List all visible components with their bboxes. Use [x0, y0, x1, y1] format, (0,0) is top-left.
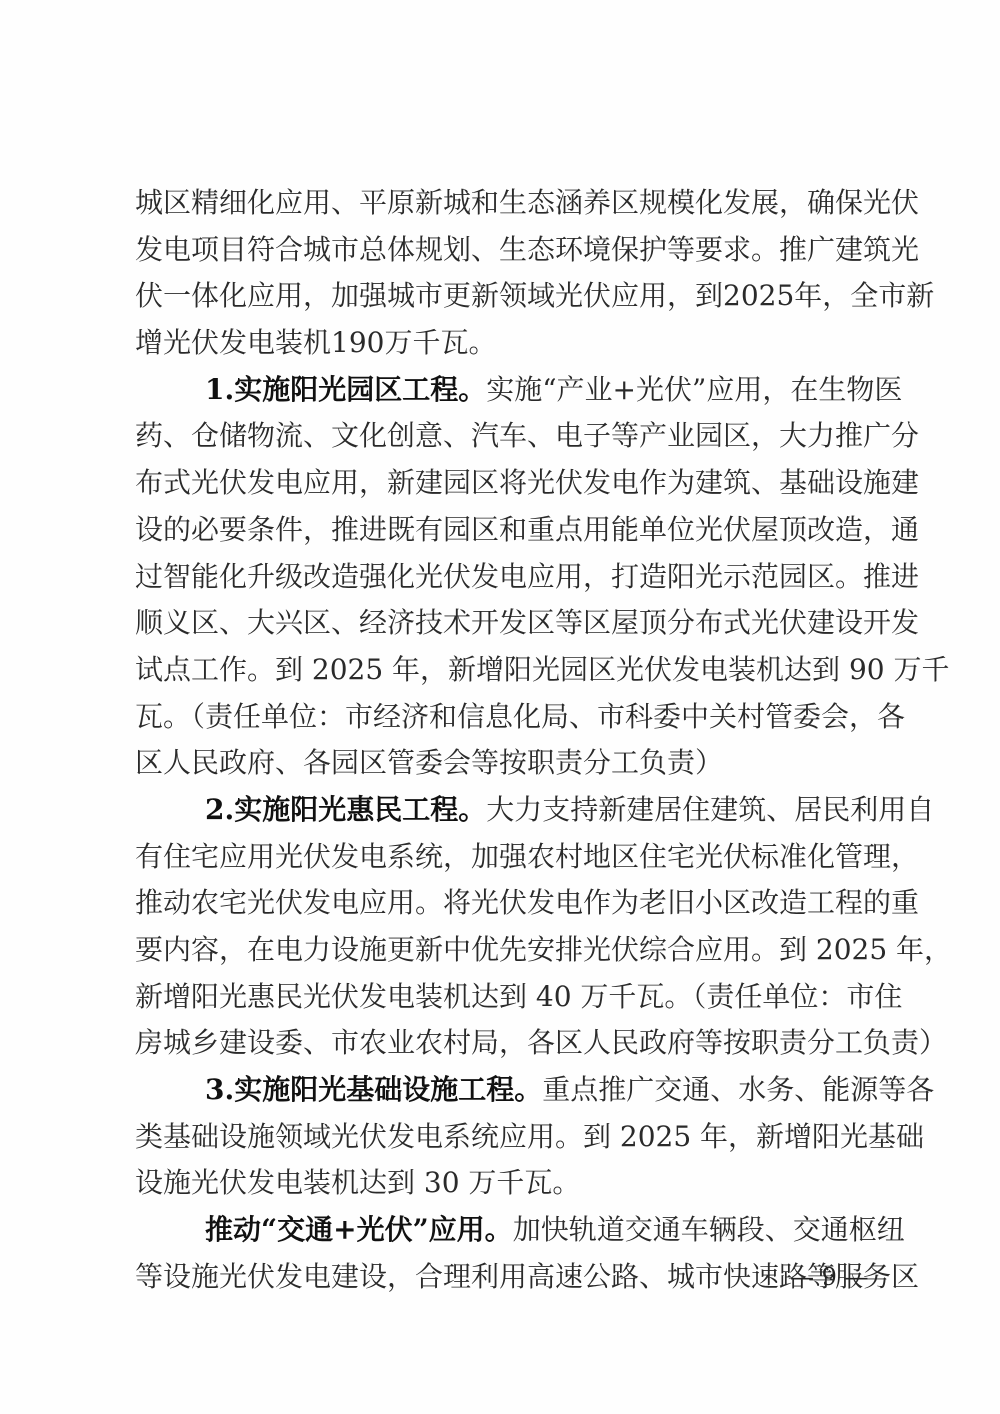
section-first-line: 推动“交通+光伏”应用。加快轨道交通车辆段、交通枢纽 [135, 1207, 875, 1254]
document-page: 城区精细化应用、平原新城和生态涵养区规模化发展，确保光伏 发电项目符合城市总体规… [0, 0, 1000, 1414]
text-line: 新增阳光惠民光伏发电装机达到 40 万千瓦。（责任单位：市住 [135, 974, 875, 1021]
text-line: 区人民政府、各园区管委会等按职责分工负责） [135, 740, 875, 787]
section-lead-text: 实施“产业+光伏”应用，在生物医 [486, 373, 902, 406]
text-line: 伏一体化应用，加强城市更新领域光伏应用，到2025年，全市新 [135, 273, 875, 320]
section-sunshine-people: 2.实施阳光惠民工程。大力支持新建居住建筑、居民利用自 有住宅应用光伏发电系统，… [135, 787, 875, 1067]
section-sunshine-park: 1.实施阳光园区工程。实施“产业+光伏”应用，在生物医 药、仓储物流、文化创意、… [135, 367, 875, 787]
text-line: 发电项目符合城市总体规划、生态环境保护等要求。推广建筑光 [135, 227, 875, 274]
text-line: 设施光伏发电装机达到 30 万千瓦。 [135, 1160, 875, 1207]
text-line: 顺义区、大兴区、经济技术开发区等区屋顶分布式光伏建设开发 [135, 600, 875, 647]
section-lead-text: 重点推广交通、水务、能源等各 [542, 1073, 934, 1106]
section-heading: 推动“交通+光伏”应用。 [205, 1213, 513, 1246]
text-line: 有住宅应用光伏发电系统，加强农村地区住宅光伏标准化管理， [135, 834, 875, 881]
section-lead-text: 大力支持新建居住建筑、居民利用自 [486, 793, 934, 826]
text-line: 要内容，在电力设施更新中优先安排光伏综合应用。到 2025 年， [135, 927, 875, 974]
page-number: — 9 — [790, 1262, 890, 1292]
text-line: 试点工作。到 2025 年，新增阳光园区光伏发电装机达到 90 万千 [135, 647, 875, 694]
text-line: 类基础设施领域光伏发电系统应用。到 2025 年，新增阳光基础 [135, 1114, 875, 1161]
section-first-line: 3.实施阳光基础设施工程。重点推广交通、水务、能源等各 [135, 1067, 875, 1114]
section-first-line: 2.实施阳光惠民工程。大力支持新建居住建筑、居民利用自 [135, 787, 875, 834]
text-line: 推动农宅光伏发电应用。将光伏发电作为老旧小区改造工程的重 [135, 880, 875, 927]
section-transport-pv: 推动“交通+光伏”应用。加快轨道交通车辆段、交通枢纽 等设施光伏发电建设，合理利… [135, 1207, 875, 1300]
section-lead-text: 加快轨道交通车辆段、交通枢纽 [513, 1213, 905, 1246]
section-heading: 3.实施阳光基础设施工程。 [205, 1073, 542, 1106]
text-line: 瓦。（责任单位：市经济和信息化局、市科委中关村管委会，各 [135, 694, 875, 741]
section-sunshine-infrastructure: 3.实施阳光基础设施工程。重点推广交通、水务、能源等各 类基础设施领域光伏发电系… [135, 1067, 875, 1207]
section-first-line: 1.实施阳光园区工程。实施“产业+光伏”应用，在生物医 [135, 367, 875, 414]
intro-paragraph: 城区精细化应用、平原新城和生态涵养区规模化发展，确保光伏 发电项目符合城市总体规… [135, 180, 875, 367]
text-line: 房城乡建设委、市农业农村局，各区人民政府等按职责分工负责） [135, 1020, 875, 1067]
text-line: 等设施光伏发电建设，合理利用高速公路、城市快速路等服务区 [135, 1254, 875, 1301]
text-line: 设的必要条件，推进既有园区和重点用能单位光伏屋顶改造，通 [135, 507, 875, 554]
document-body: 城区精细化应用、平原新城和生态涵养区规模化发展，确保光伏 发电项目符合城市总体规… [135, 180, 875, 1301]
section-heading: 1.实施阳光园区工程。 [205, 373, 486, 406]
text-line: 增光伏发电装机190万千瓦。 [135, 320, 875, 367]
section-heading: 2.实施阳光惠民工程。 [205, 793, 486, 826]
text-line: 药、仓储物流、文化创意、汽车、电子等产业园区，大力推广分 [135, 413, 875, 460]
text-line: 布式光伏发电应用，新建园区将光伏发电作为建筑、基础设施建 [135, 460, 875, 507]
text-line: 过智能化升级改造强化光伏发电应用，打造阳光示范园区。推进 [135, 554, 875, 601]
text-line: 城区精细化应用、平原新城和生态涵养区规模化发展，确保光伏 [135, 180, 875, 227]
